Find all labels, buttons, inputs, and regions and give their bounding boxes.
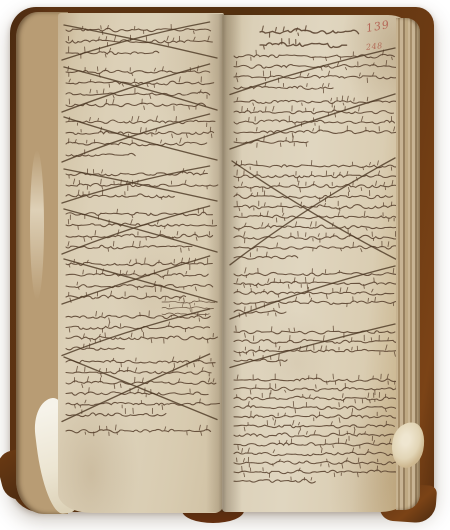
script-line [234, 433, 393, 437]
script-line [234, 452, 399, 456]
script-line [234, 281, 400, 285]
script-flourish [242, 448, 369, 453]
script-line [234, 470, 402, 474]
script-line [66, 315, 210, 318]
script-line [234, 415, 401, 419]
cancellation-stroke [62, 22, 210, 60]
script-line [234, 164, 401, 168]
script-line [66, 347, 124, 350]
script-line [66, 413, 166, 417]
script-line [234, 215, 396, 219]
script-line [234, 185, 397, 189]
script-line [234, 461, 400, 465]
script-line [234, 140, 308, 143]
secondary-folio-number: 248 [366, 41, 384, 52]
script-line [234, 396, 401, 400]
script-line [234, 443, 402, 446]
script-line [234, 130, 397, 133]
script-line [234, 331, 395, 334]
script-line [66, 371, 211, 375]
script-flourish [77, 282, 196, 292]
script-line [234, 54, 394, 58]
script-line [234, 310, 286, 313]
script-line [66, 103, 206, 107]
left-page [58, 13, 224, 513]
script-flourish [251, 411, 377, 422]
script-line [234, 301, 396, 305]
cancellation-stroke [230, 158, 395, 265]
script-flourish [170, 302, 191, 312]
script-line [234, 175, 405, 178]
script-line [234, 75, 399, 78]
script-line [66, 273, 208, 277]
script-line [66, 92, 210, 96]
script-line [162, 313, 209, 315]
cancellation-stroke [64, 209, 217, 252]
script-line [234, 406, 402, 410]
script-line [66, 381, 216, 384]
script-line [234, 339, 398, 343]
script-line [234, 479, 315, 483]
script-line [66, 120, 215, 124]
script-flourish [291, 477, 312, 480]
script-line [234, 235, 400, 239]
script-line [162, 301, 215, 303]
script-line [234, 256, 298, 259]
cancellation-stroke [64, 117, 217, 160]
script-line [66, 336, 217, 340]
script-line [66, 429, 211, 432]
script-line [234, 291, 394, 295]
photograph-of-manuscript: { "folio": { "number": "139", "secondary… [0, 0, 450, 530]
script-line [234, 387, 400, 391]
script-line [234, 359, 287, 362]
script-line [66, 284, 213, 287]
script-line [66, 392, 208, 395]
script-line [260, 43, 347, 48]
page-edge-highlight [30, 150, 44, 300]
script-line [66, 402, 220, 405]
right-page-script-text [222, 15, 408, 512]
script-flourish [298, 430, 372, 441]
script-line [234, 349, 398, 353]
cancellation-stroke [230, 324, 395, 368]
left-page-script-text [58, 13, 224, 513]
script-line [260, 29, 359, 34]
cancellation-stroke [62, 354, 210, 422]
script-line [234, 425, 394, 428]
right-page [222, 15, 408, 512]
script-line [66, 234, 213, 238]
script-line [234, 195, 393, 199]
script-line [66, 142, 207, 146]
script-line [234, 272, 405, 276]
